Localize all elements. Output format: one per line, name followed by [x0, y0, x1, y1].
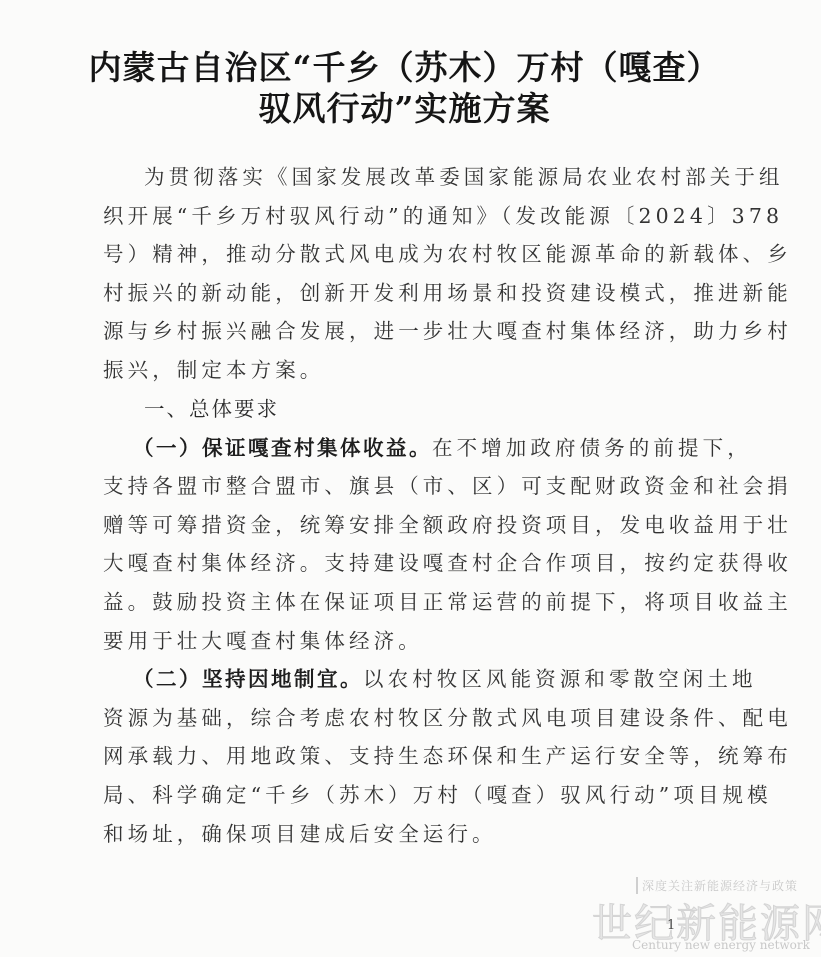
text-line: 赠等可筹措资金，统筹安排全额政府投资项目，发电收益用于壮	[103, 506, 693, 545]
text-line: 号）精神，推动分散式风电成为农村牧区能源革命的新载体、乡	[103, 235, 693, 274]
document-title-line1: 内蒙古自治区“千乡（苏木）万村（嘎查）	[0, 42, 815, 89]
text-line: 村振兴的新动能，创新开发利用场景和投资建设模式，推进新能	[103, 274, 693, 313]
item2-first-line: （二）坚持因地制宜。以农村牧区风能资源和零散空闲土地	[103, 660, 693, 699]
site-watermark: 深度关注新能源经济与政策 世纪新能源网 Century new energy n…	[590, 872, 821, 957]
text-line: 局、科学确定“千乡（苏木）万村（嘎查）驭风行动”项目规模	[103, 776, 693, 815]
text-line: 网承载力、用地政策、支持生态环保和生产运行安全等，统筹布	[103, 737, 693, 776]
text-line: 源与乡村振兴融合发展，进一步壮大嘎查村集体经济，助力乡村	[103, 312, 693, 351]
watermark-english: Century new energy network	[632, 938, 810, 952]
section-heading: 一、总体要求	[103, 390, 693, 429]
item1-text: 在不增加政府债务的前提下，	[432, 436, 752, 460]
text-line: 为贯彻落实《国家发展改革委国家能源局农业农村部关于组	[103, 158, 693, 197]
text-line: 振兴，制定本方案。	[103, 351, 693, 390]
text-line: 织开展“千乡万村驭风行动”的通知》（发改能源〔2024〕378	[103, 197, 693, 236]
document-title-line2: 驭风行动”实施方案	[0, 83, 815, 130]
text-line: 支持各盟市整合盟市、旗县（市、区）可支配财政资金和社会捐	[103, 467, 693, 506]
document-page: 内蒙古自治区“千乡（苏木）万村（嘎查） 驭风行动”实施方案 为贯彻落实《国家发展…	[0, 0, 821, 957]
item1-first-line: （一）保证嘎查村集体收益。在不增加政府债务的前提下，	[103, 429, 693, 468]
section-1: 一、总体要求 （一）保证嘎查村集体收益。在不增加政府债务的前提下， 支持各盟市整…	[103, 390, 693, 853]
text-line: 大嘎查村集体经济。支持建设嘎查村企合作项目，按约定获得收	[103, 544, 693, 583]
intro-paragraph: 为贯彻落实《国家发展改革委国家能源局农业农村部关于组 织开展“千乡万村驭风行动”…	[103, 158, 693, 390]
item2-text: 以农村牧区风能资源和零散空闲土地	[363, 667, 757, 691]
text-line: 资源为基础，综合考虑农村牧区分散式风电项目建设条件、配电	[103, 699, 693, 738]
item2-label: （二）坚持因地制宜。	[133, 667, 363, 691]
text-line: 益。鼓励投资主体在保证项目正常运营的前提下，将项目收益主	[103, 583, 693, 622]
text-line: 和场址，确保项目建成后安全运行。	[103, 815, 693, 854]
page-number: 1	[667, 918, 675, 933]
item1-label: （一）保证嘎查村集体收益。	[133, 436, 432, 460]
text-line: 要用于壮大嘎查村集体经济。	[103, 622, 693, 661]
